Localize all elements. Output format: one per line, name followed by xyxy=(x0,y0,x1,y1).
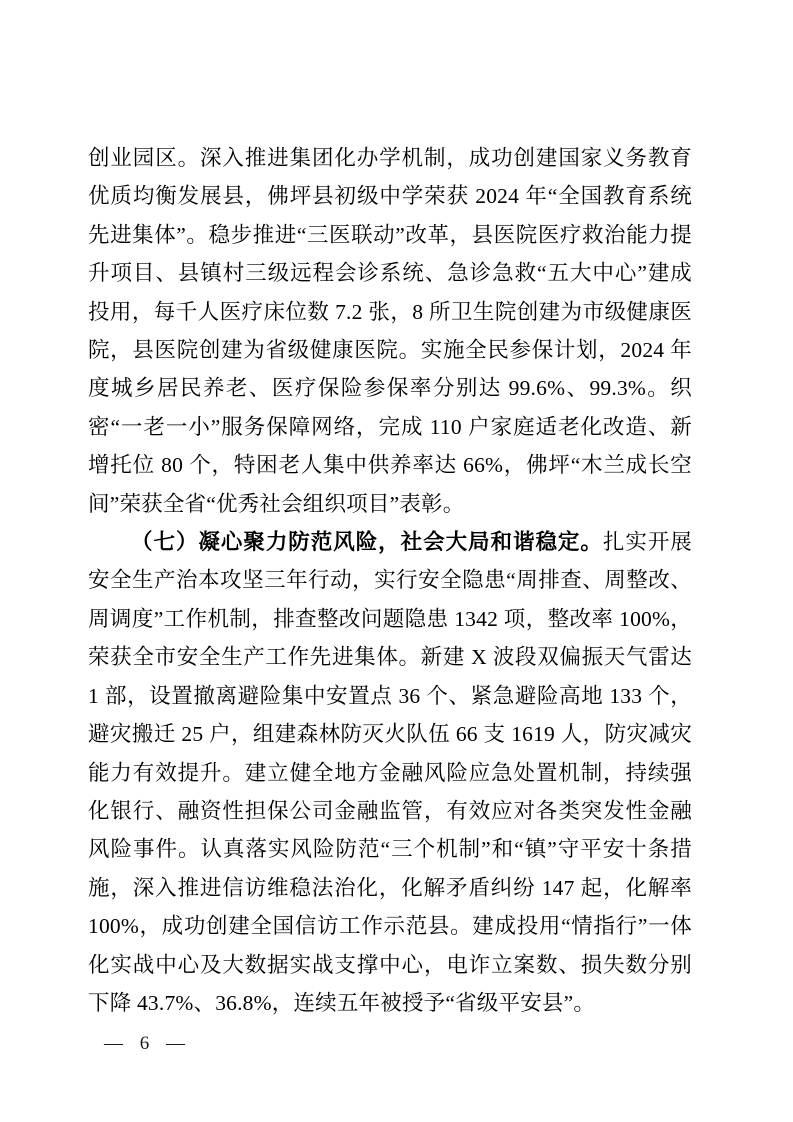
paragraph-continuation: 创业园区。深入推进集团化办学机制，成功创建国家义务教育优质均衡发展县，佛坪县初级… xyxy=(88,139,692,523)
paragraph-continuation-text: 创业园区。深入推进集团化办学机制，成功创建国家义务教育优质均衡发展县，佛坪县初级… xyxy=(88,146,692,516)
document-page: 创业园区。深入推进集团化办学机制，成功创建国家义务教育优质均衡发展县，佛坪县初级… xyxy=(0,0,793,1122)
paragraph-section-7: （七）凝心聚力防范风险，社会大局和谐稳定。扎实开展安全生产治本攻坚三年行动，实行… xyxy=(88,523,692,1022)
section-7-body-text: 扎实开展安全生产治本攻坚三年行动，实行安全隐患“周排查、周整改、周调度”工作机制… xyxy=(88,530,692,1015)
page-number: — 6 — xyxy=(104,1033,191,1055)
body-text: 创业园区。深入推进集团化办学机制，成功创建国家义务教育优质均衡发展县，佛坪县初级… xyxy=(88,139,692,1022)
section-7-heading: （七）凝心聚力防范风险，社会大局和谐稳定。 xyxy=(131,530,603,554)
